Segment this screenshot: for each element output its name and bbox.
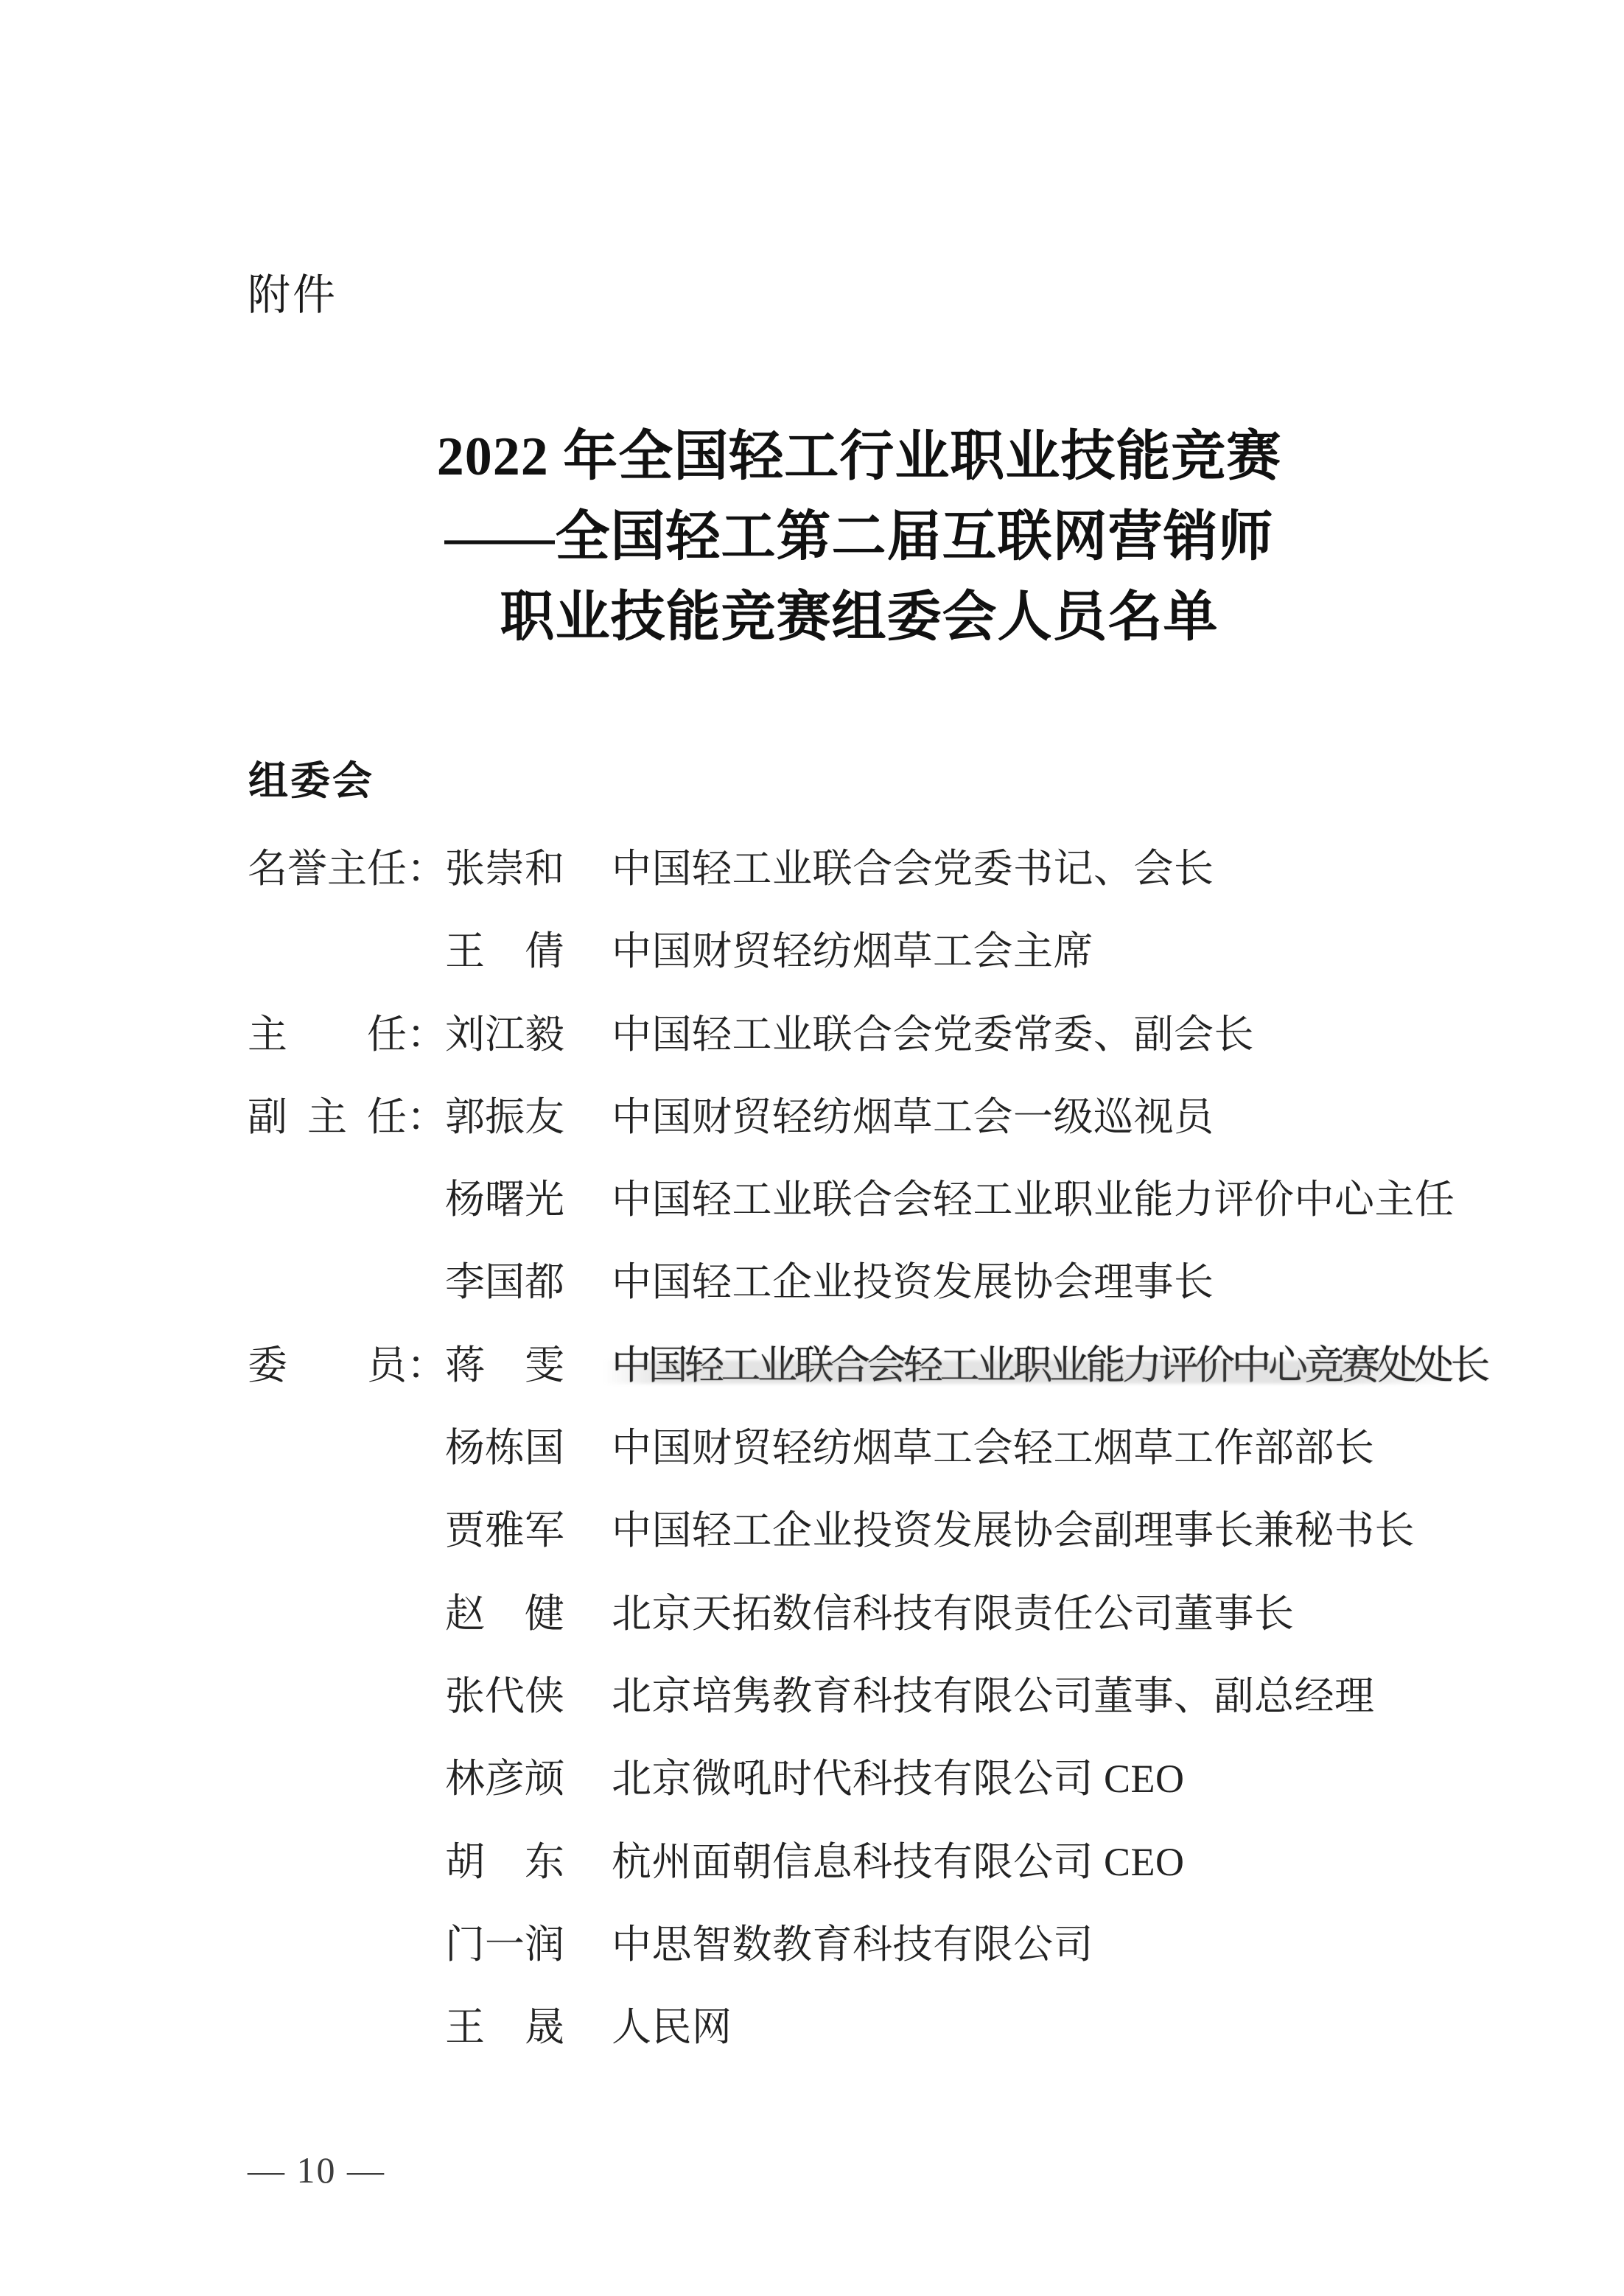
- roster-list: 名誉主任： 张崇和 中国轻工业联合会党委书记、会长 王 倩 中国财贸轻纺烟草工会…: [248, 847, 1530, 2088]
- row-name: 林彦颃: [445, 1757, 569, 1800]
- roster-row: 门一润 中思智数教育科技有限公司: [248, 1923, 1530, 2006]
- roster-row: 贾雅军 中国轻工企业投资发展协会副理事长兼秘书长: [248, 1509, 1530, 1592]
- page-number: — 10 —: [248, 2152, 385, 2188]
- row-org: 中国轻工业联合会轻工业职业能力评价中心竞赛处处长: [612, 1344, 1530, 1387]
- doc-title-line-3: 职业技能竞赛组委会人员名单: [248, 578, 1471, 658]
- roster-row: 杨曙光 中国轻工业联合会轻工业职业能力评价中心主任: [248, 1178, 1530, 1261]
- doc-title-line-2: ——全国轻工第二届互联网营销师: [248, 497, 1471, 578]
- roster-row: 王 倩 中国财贸轻纺烟草工会主席: [248, 930, 1530, 1012]
- row-name: 门一润: [445, 1923, 569, 1966]
- roster-row: 杨栋国 中国财贸轻纺烟草工会轻工烟草工作部部长: [248, 1427, 1530, 1509]
- row-label: 副 主 任：: [248, 1096, 445, 1138]
- roster-row: 委 员： 蒋 雯 中国轻工业联合会轻工业职业能力评价中心竞赛处处长: [248, 1344, 1530, 1427]
- roster-row: 李国都 中国轻工企业投资发展协会理事长: [248, 1261, 1530, 1343]
- roster-row: 名誉主任： 张崇和 中国轻工业联合会党委书记、会长: [248, 847, 1530, 930]
- roster-row: 副 主 任： 郭振友 中国财贸轻纺烟草工会一级巡视员: [248, 1096, 1530, 1178]
- row-org: 中国财贸轻纺烟草工会主席: [612, 930, 1530, 973]
- roster-row: 胡 东 杭州面朝信息科技有限公司 CEO: [248, 1841, 1530, 1923]
- row-org: 中国财贸轻纺烟草工会一级巡视员: [612, 1096, 1530, 1138]
- roster-row: 主 任： 刘江毅 中国轻工业联合会党委常委、副会长: [248, 1013, 1530, 1096]
- row-name: 郭振友: [445, 1096, 569, 1138]
- row-org: 中思智数教育科技有限公司: [612, 1923, 1530, 1966]
- row-label: 主 任：: [248, 1013, 445, 1056]
- row-label: 名誉主任：: [248, 847, 445, 890]
- row-org: 北京天拓数信科技有限责任公司董事长: [612, 1592, 1530, 1635]
- row-name: 张代侠: [445, 1675, 569, 1718]
- row-name: 蒋 雯: [445, 1344, 569, 1387]
- row-name: 胡 东: [445, 1841, 569, 1883]
- row-name: 杨曙光: [445, 1178, 569, 1221]
- row-org: 中国轻工业联合会党委书记、会长: [612, 847, 1530, 890]
- row-name: 赵 健: [445, 1592, 569, 1635]
- row-org: 中国轻工业联合会轻工业职业能力评价中心主任: [612, 1178, 1530, 1221]
- row-label: 委 员：: [248, 1344, 445, 1387]
- row-name: 贾雅军: [445, 1509, 569, 1552]
- row-org: 中国财贸轻纺烟草工会轻工烟草工作部部长: [612, 1427, 1530, 1469]
- row-name: 张崇和: [445, 847, 569, 890]
- section-heading: 组委会: [248, 761, 374, 801]
- doc-title: 2022 年全国轻工行业职业技能竞赛 ——全国轻工第二届互联网营销师 职业技能竞…: [248, 417, 1471, 658]
- row-org: 北京微吼时代科技有限公司 CEO: [612, 1757, 1530, 1800]
- row-org: 中国轻工企业投资发展协会副理事长兼秘书长: [612, 1509, 1530, 1552]
- doc-title-line-1: 2022 年全国轻工行业职业技能竞赛: [248, 417, 1471, 497]
- roster-row: 赵 健 北京天拓数信科技有限责任公司董事长: [248, 1592, 1530, 1675]
- document-page: 附件 2022 年全国轻工行业职业技能竞赛 ——全国轻工第二届互联网营销师 职业…: [0, 0, 1624, 2296]
- row-name: 王 晟: [445, 2006, 569, 2048]
- row-org: 中国轻工业联合会党委常委、副会长: [612, 1013, 1530, 1056]
- row-org: 中国轻工企业投资发展协会理事长: [612, 1261, 1530, 1303]
- row-org: 人民网: [612, 2006, 1530, 2048]
- row-name: 杨栋国: [445, 1427, 569, 1469]
- roster-row: 张代侠 北京培隽教育科技有限公司董事、副总经理: [248, 1675, 1530, 1757]
- roster-row: 王 晟 人民网: [248, 2006, 1530, 2088]
- roster-row: 林彦颃 北京微吼时代科技有限公司 CEO: [248, 1757, 1530, 1840]
- attachment-label: 附件: [248, 274, 337, 317]
- row-name: 刘江毅: [445, 1013, 569, 1056]
- row-name: 李国都: [445, 1261, 569, 1303]
- row-name: 王 倩: [445, 930, 569, 973]
- row-org: 北京培隽教育科技有限公司董事、副总经理: [612, 1675, 1530, 1718]
- row-org: 杭州面朝信息科技有限公司 CEO: [612, 1841, 1530, 1883]
